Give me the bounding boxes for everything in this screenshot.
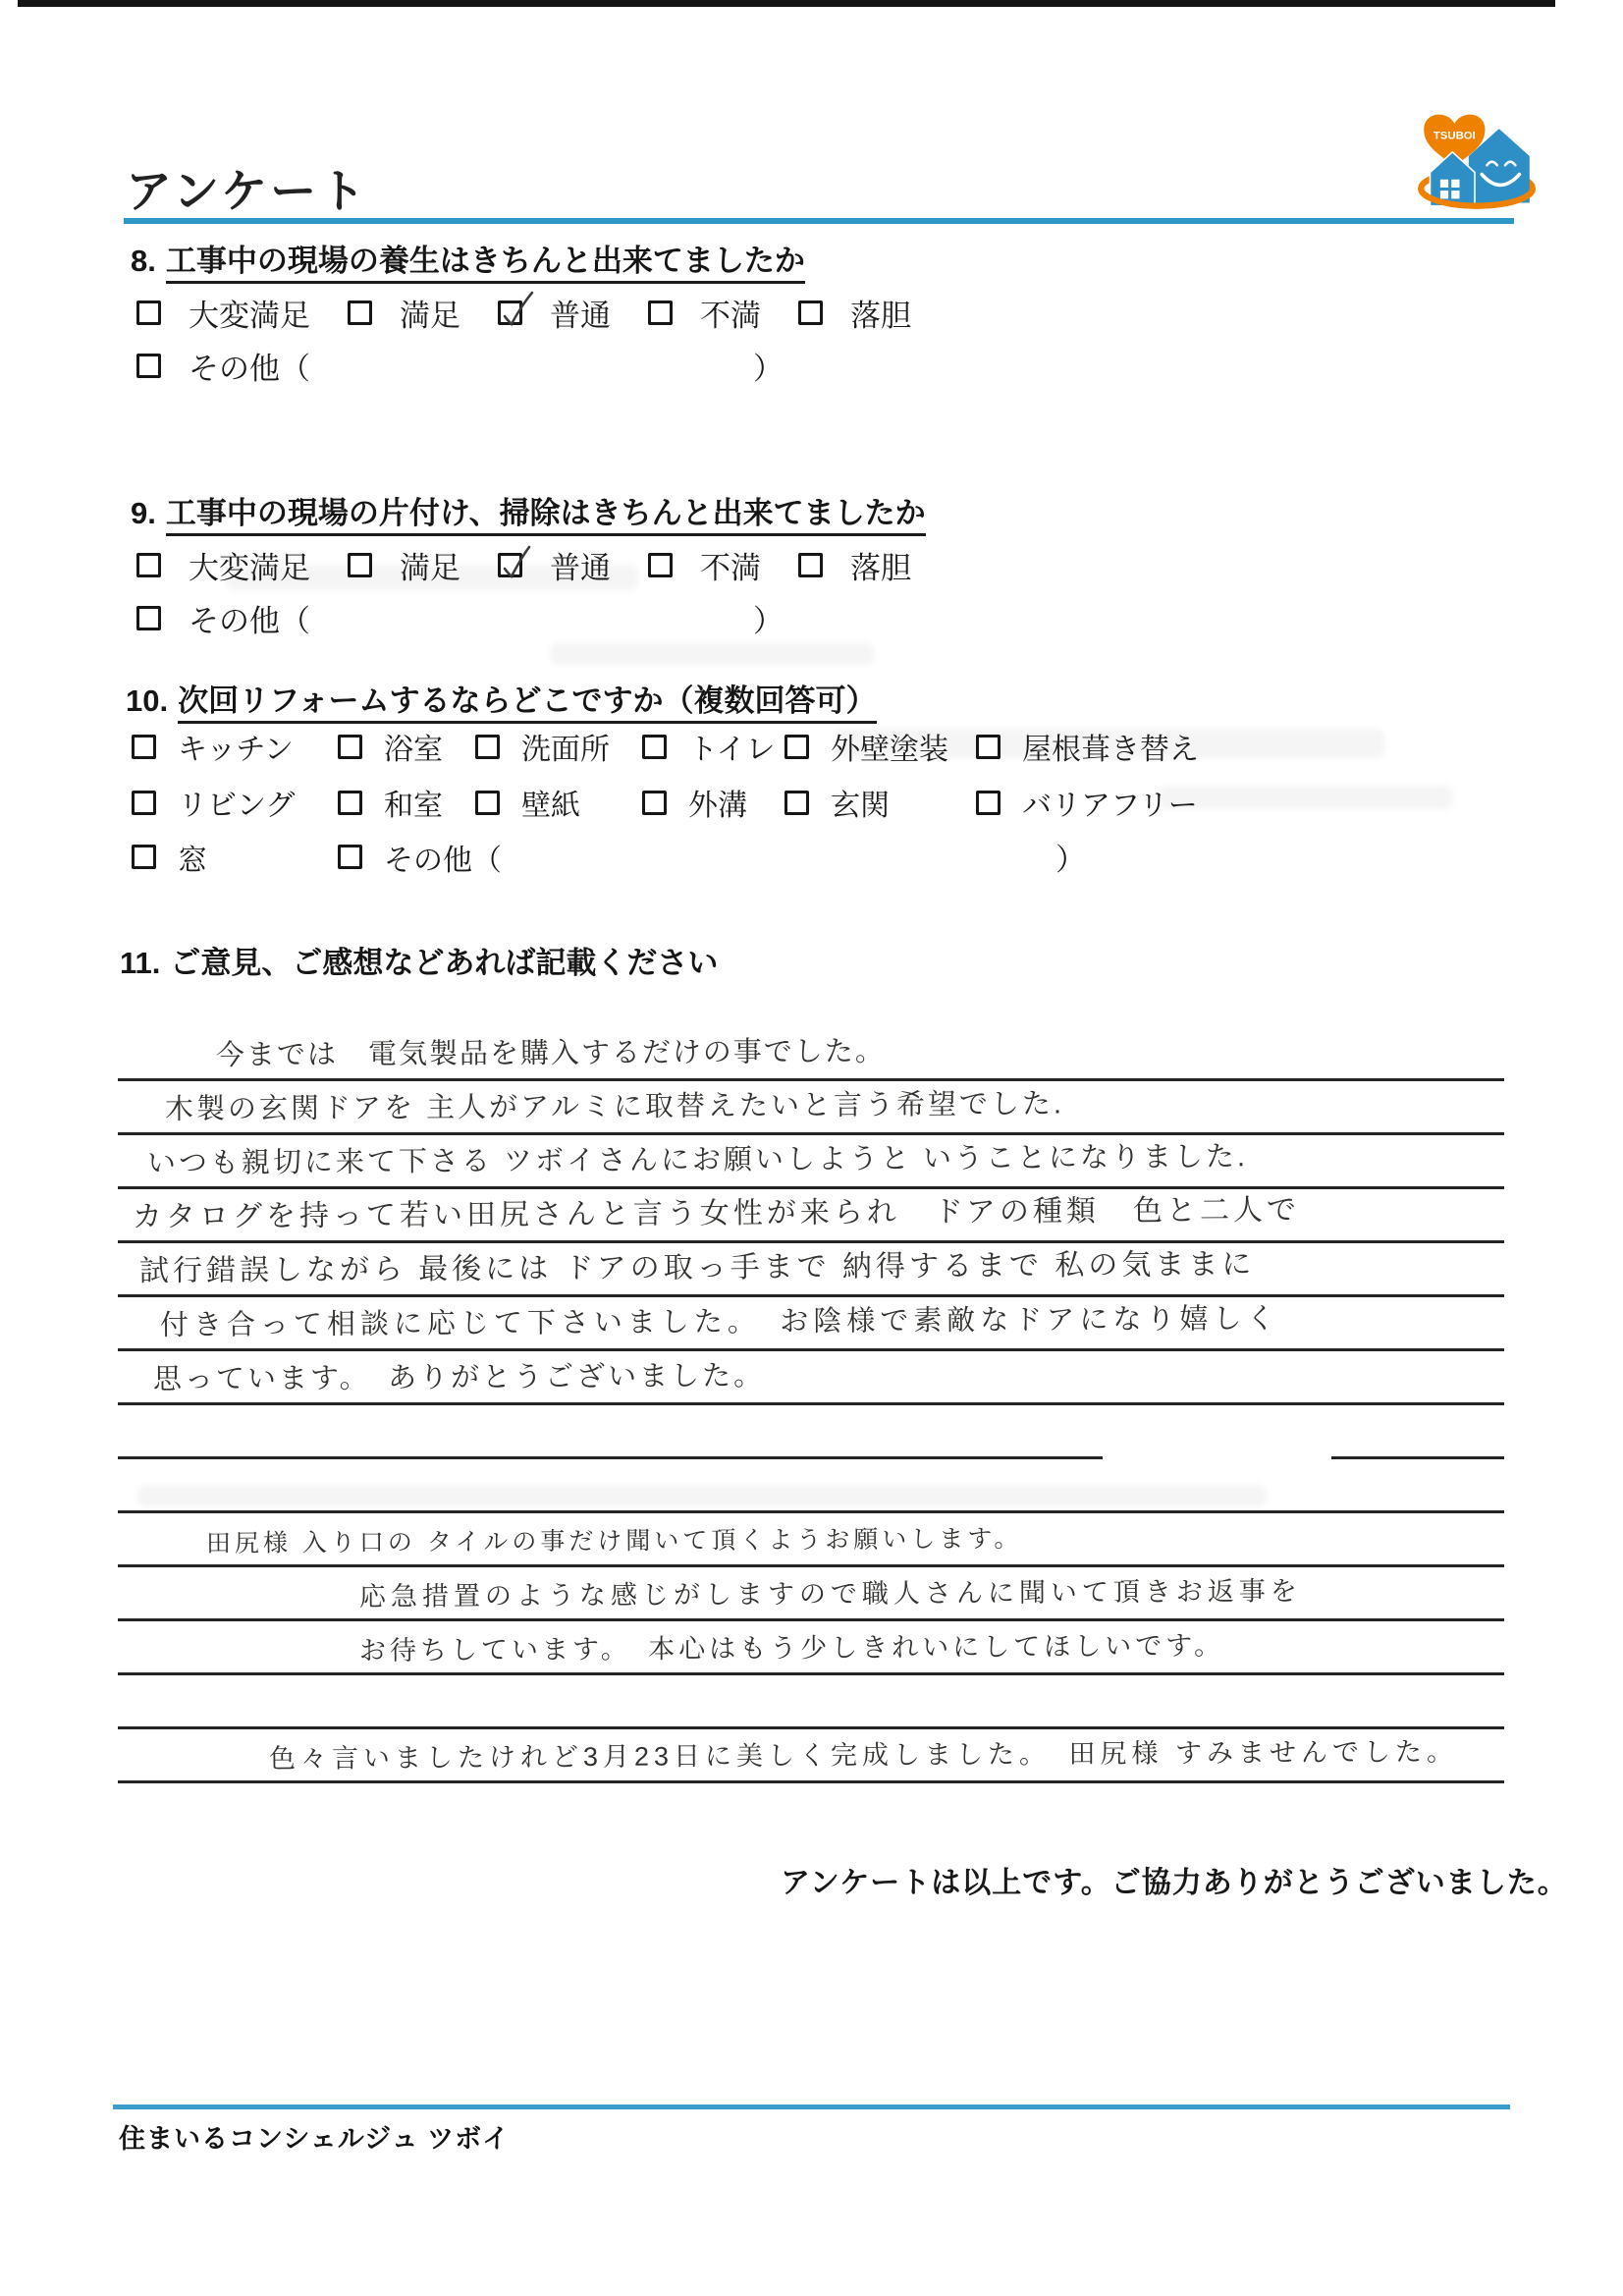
option-label: 普通 [550, 543, 611, 587]
option-label: 大変満足 [189, 291, 310, 335]
option-entrance: 玄関 [784, 781, 976, 824]
checkbox[interactable] [348, 553, 372, 577]
other-open-paren: その他（ [189, 596, 310, 640]
checkbox[interactable] [475, 735, 500, 759]
handwritten-text: 思っています。 ありがとうございました。 [153, 1353, 765, 1397]
question-number: 9. [131, 496, 156, 530]
checkbox[interactable] [338, 735, 362, 759]
checkbox[interactable] [132, 845, 156, 869]
question-9-options: 大変満足 満足 普通 不満 落胆 [136, 543, 911, 587]
ruled-line: 色々言いましたけれど3月23日に美しく完成しました。 田尻様 すみませんでした。 [118, 1729, 1504, 1783]
checkbox[interactable] [642, 735, 667, 759]
option-label: 和室 [384, 781, 443, 824]
question-title: ご意見、ご感想などあれば記載ください [170, 946, 718, 983]
option-label: 大変満足 [189, 543, 310, 587]
option-wallpaper: 壁紙 [475, 781, 642, 824]
question-8-other-row: その他（ ） [136, 344, 784, 388]
option-window: 窓 [132, 836, 338, 879]
option-dissatisfied: 不満 [648, 543, 761, 587]
checkbox[interactable] [648, 301, 673, 325]
scan-artifact [18, 0, 1555, 7]
handwritten-text: 色々言いましたけれど3月23日に美しく完成しました。 田尻様 すみませんでした。 [269, 1730, 1458, 1776]
handwritten-text: 田尻様 入り口の タイルの事だけ聞いて頂くようお願いします。 [206, 1519, 1023, 1559]
ruled-line: お待ちしています。 本心はもう少しきれいにしてほしいです。 [118, 1621, 1504, 1675]
checkbox[interactable] [348, 301, 372, 325]
checkbox[interactable] [132, 735, 156, 759]
checkbox[interactable] [648, 553, 673, 577]
question-9-other-row: その他（ ） [136, 596, 784, 640]
option-label: 壁紙 [521, 781, 580, 824]
option-normal: 普通 [498, 291, 611, 335]
checkbox[interactable] [784, 735, 809, 759]
handwritten-text: 応急措置のような感じがしますので職人さんに聞いて頂きお返事を [359, 1569, 1302, 1613]
option-very-satisfied: 大変満足 [136, 543, 310, 587]
option-disappointed: 落胆 [798, 291, 911, 335]
option-satisfied: 満足 [348, 543, 460, 587]
option-label: 玄関 [831, 781, 890, 824]
question-10-heading: 10.次回リフォームするならどこですか（複数回答可） [126, 676, 1520, 720]
checkbox[interactable] [132, 791, 156, 815]
closing-note: アンケートは以上です。ご協力ありがとうございました。 [781, 1858, 1568, 1901]
question-title: 工事中の現場の片付け、掃除はきちんと出来てましたか [166, 496, 926, 536]
option-label: 不満 [700, 291, 761, 335]
question-number: 10. [126, 683, 168, 718]
question-8-options: 大変満足 満足 普通 不満 落胆 [136, 291, 911, 335]
other-close-paren: ） [753, 596, 784, 640]
checkbox[interactable] [475, 791, 500, 815]
option-label: 満足 [400, 291, 460, 335]
option-label: 普通 [550, 291, 611, 335]
option-very-satisfied: 大変満足 [136, 291, 310, 335]
option-living: リビング [132, 781, 338, 824]
comment-section[interactable]: 今までは 電気製品を購入するだけの事でした。 木製の玄関ドアを 主人がアルミに取… [118, 1027, 1504, 1783]
checkbox[interactable] [642, 791, 667, 815]
checkbox[interactable] [136, 301, 161, 325]
option-label: 不満 [700, 543, 761, 587]
ruled-line [118, 1459, 1504, 1513]
option-barrier-free: バリアフリー [976, 781, 1198, 824]
option-toilet: トイレ [642, 725, 784, 768]
handwritten-text: 試行錯誤しながら 最後には ドアの取っ手まで 納得するまで 私の気ままに [139, 1239, 1256, 1289]
option-kitchen: キッチン [132, 725, 338, 768]
checkbox[interactable] [136, 553, 161, 577]
checkbox[interactable] [976, 791, 1001, 815]
checkbox[interactable] [498, 553, 522, 577]
footer-brand: 住まいるコンシェルジュ ツボイ [119, 2117, 510, 2156]
option-label: 落胆 [850, 543, 911, 587]
checkbox[interactable] [136, 354, 161, 378]
ruled-line: 試行錯誤しながら 最後には ドアの取っ手まで 納得するまで 私の気ままに [118, 1243, 1504, 1297]
handwritten-text: いつも親切に来て下さる ツボイさんにお願いしようと いうことになりました. [147, 1134, 1248, 1181]
handwritten-check-icon [497, 289, 538, 334]
tsuboi-logo-graphic: TSUBOI [1414, 100, 1536, 214]
question-11: 11.ご意見、ご感想などあれば記載ください [120, 938, 1494, 997]
question-number: 11. [120, 946, 160, 980]
checkbox[interactable] [976, 735, 1001, 759]
checkbox[interactable] [338, 845, 362, 869]
checkbox[interactable] [498, 301, 522, 325]
option-label: 満足 [400, 543, 460, 587]
checkbox[interactable] [798, 301, 823, 325]
option-label: トイレ [688, 725, 776, 768]
question-9-heading: 9.工事中の現場の片付け、掃除はきちんと出来てましたか [131, 488, 1505, 532]
checkbox[interactable] [136, 606, 161, 630]
question-10: 10.次回リフォームするならどこですか（複数回答可） キッチン 浴室 洗面所 ト… [126, 676, 1520, 931]
question-10-row2: リビング 和室 壁紙 外溝 玄関 バリアフリー [132, 781, 1198, 824]
other-close-paren: ） [753, 344, 784, 388]
ruled-line [118, 1675, 1504, 1729]
option-exterior-paint: 外壁塗装 [784, 725, 976, 768]
handwritten-text: 今までは 電気製品を購入するだけの事でした。 [216, 1029, 886, 1073]
handwritten-text: カタログを持って若い田尻さんと言う女性が来られ ドアの種類 色と二人で [133, 1185, 1300, 1235]
ruled-line: 応急措置のような感じがしますので職人さんに聞いて頂きお返事を [118, 1567, 1504, 1621]
question-title: 工事中の現場の養生はきちんと出来てましたか [166, 244, 805, 284]
other-open-paren: その他（ [189, 344, 310, 388]
option-washroom: 洗面所 [475, 725, 642, 768]
option-normal: 普通 [498, 543, 611, 587]
option-label: 屋根葺き替え [1022, 725, 1199, 768]
checkbox[interactable] [784, 791, 809, 815]
question-10-row3: 窓 その他（ ） [132, 835, 1086, 879]
question-11-heading: 11.ご意見、ご感想などあれば記載ください [120, 938, 1494, 982]
option-label: 落胆 [850, 291, 911, 335]
handwritten-text: 付き合って相談に応じて下さいました。 お陰様で素敵なドアになり嬉しく [160, 1296, 1280, 1343]
header-divider [124, 218, 1514, 224]
option-label: 浴室 [384, 725, 443, 768]
checkbox[interactable] [338, 791, 362, 815]
option-bathroom: 浴室 [338, 725, 475, 768]
option-label: 窓 [178, 836, 207, 879]
option-disappointed: 落胆 [798, 543, 911, 587]
option-satisfied: 満足 [348, 291, 460, 335]
question-title: 次回リフォームするならどこですか（複数回答可） [178, 683, 876, 724]
page-title: アンケート [126, 155, 368, 221]
option-roof: 屋根葺き替え [976, 725, 1199, 768]
ruled-line: 木製の玄関ドアを 主人がアルミに取替えたいと言う希望でした. [118, 1081, 1504, 1135]
option-label: 洗面所 [521, 725, 610, 768]
question-8: 8.工事中の現場の養生はきちんと出来てましたか 大変満足 満足 普通 [131, 236, 1505, 481]
ruled-line: 付き合って相談に応じて下さいました。 お陰様で素敵なドアになり嬉しく [118, 1297, 1504, 1351]
option-label: キッチン [178, 725, 294, 768]
tsuboi-logo: TSUBOI [1414, 100, 1536, 214]
question-8-heading: 8.工事中の現場の養生はきちんと出来てましたか [131, 236, 1505, 280]
option-label: バリアフリー [1022, 781, 1198, 824]
question-number: 8. [131, 244, 156, 278]
option-label: 外壁塗装 [831, 725, 948, 768]
other-close-paren: ） [1055, 835, 1086, 879]
option-japanese-room: 和室 [338, 781, 475, 824]
option-label: リビング [178, 781, 295, 824]
option-other: その他（ ） [338, 835, 1086, 879]
footer-divider [113, 2105, 1510, 2109]
option-label: 外溝 [688, 781, 747, 824]
ruled-line: いつも親切に来て下さる ツボイさんにお願いしようと いうことになりました. [118, 1135, 1504, 1189]
option-other: その他（ ） [136, 344, 784, 388]
logo-text: TSUBOI [1434, 130, 1476, 141]
option-dissatisfied: 不満 [648, 291, 761, 335]
option-outer-ditch: 外溝 [642, 781, 784, 824]
ruled-line: 思っています。 ありがとうございました。 [118, 1351, 1504, 1405]
ruled-line [118, 1405, 1504, 1459]
question-10-row1: キッチン 浴室 洗面所 トイレ 外壁塗装 屋根葺き替え [132, 725, 1199, 768]
ruled-line: 今までは 電気製品を購入するだけの事でした。 [118, 1027, 1504, 1081]
ruled-line: カタログを持って若い田尻さんと言う女性が来られ ドアの種類 色と二人で [118, 1189, 1504, 1243]
scanned-survey-page: アンケート TSUBOI 8.工事中の現場の養生はきちんと出来てましたか [0, 0, 1623, 2296]
handwritten-text: 木製の玄関ドアを 主人がアルミに取替えたいと言う希望でした. [165, 1081, 1064, 1127]
ruled-line: 田尻様 入り口の タイルの事だけ聞いて頂くようお願いします。 [118, 1513, 1504, 1567]
other-open-paren: その他（ [384, 836, 502, 879]
handwritten-text: お待ちしています。 本心はもう少しきれいにしてほしいです。 [359, 1624, 1224, 1667]
checkbox[interactable] [798, 553, 823, 577]
option-other: その他（ ） [136, 596, 784, 640]
handwritten-check-icon [497, 541, 538, 586]
